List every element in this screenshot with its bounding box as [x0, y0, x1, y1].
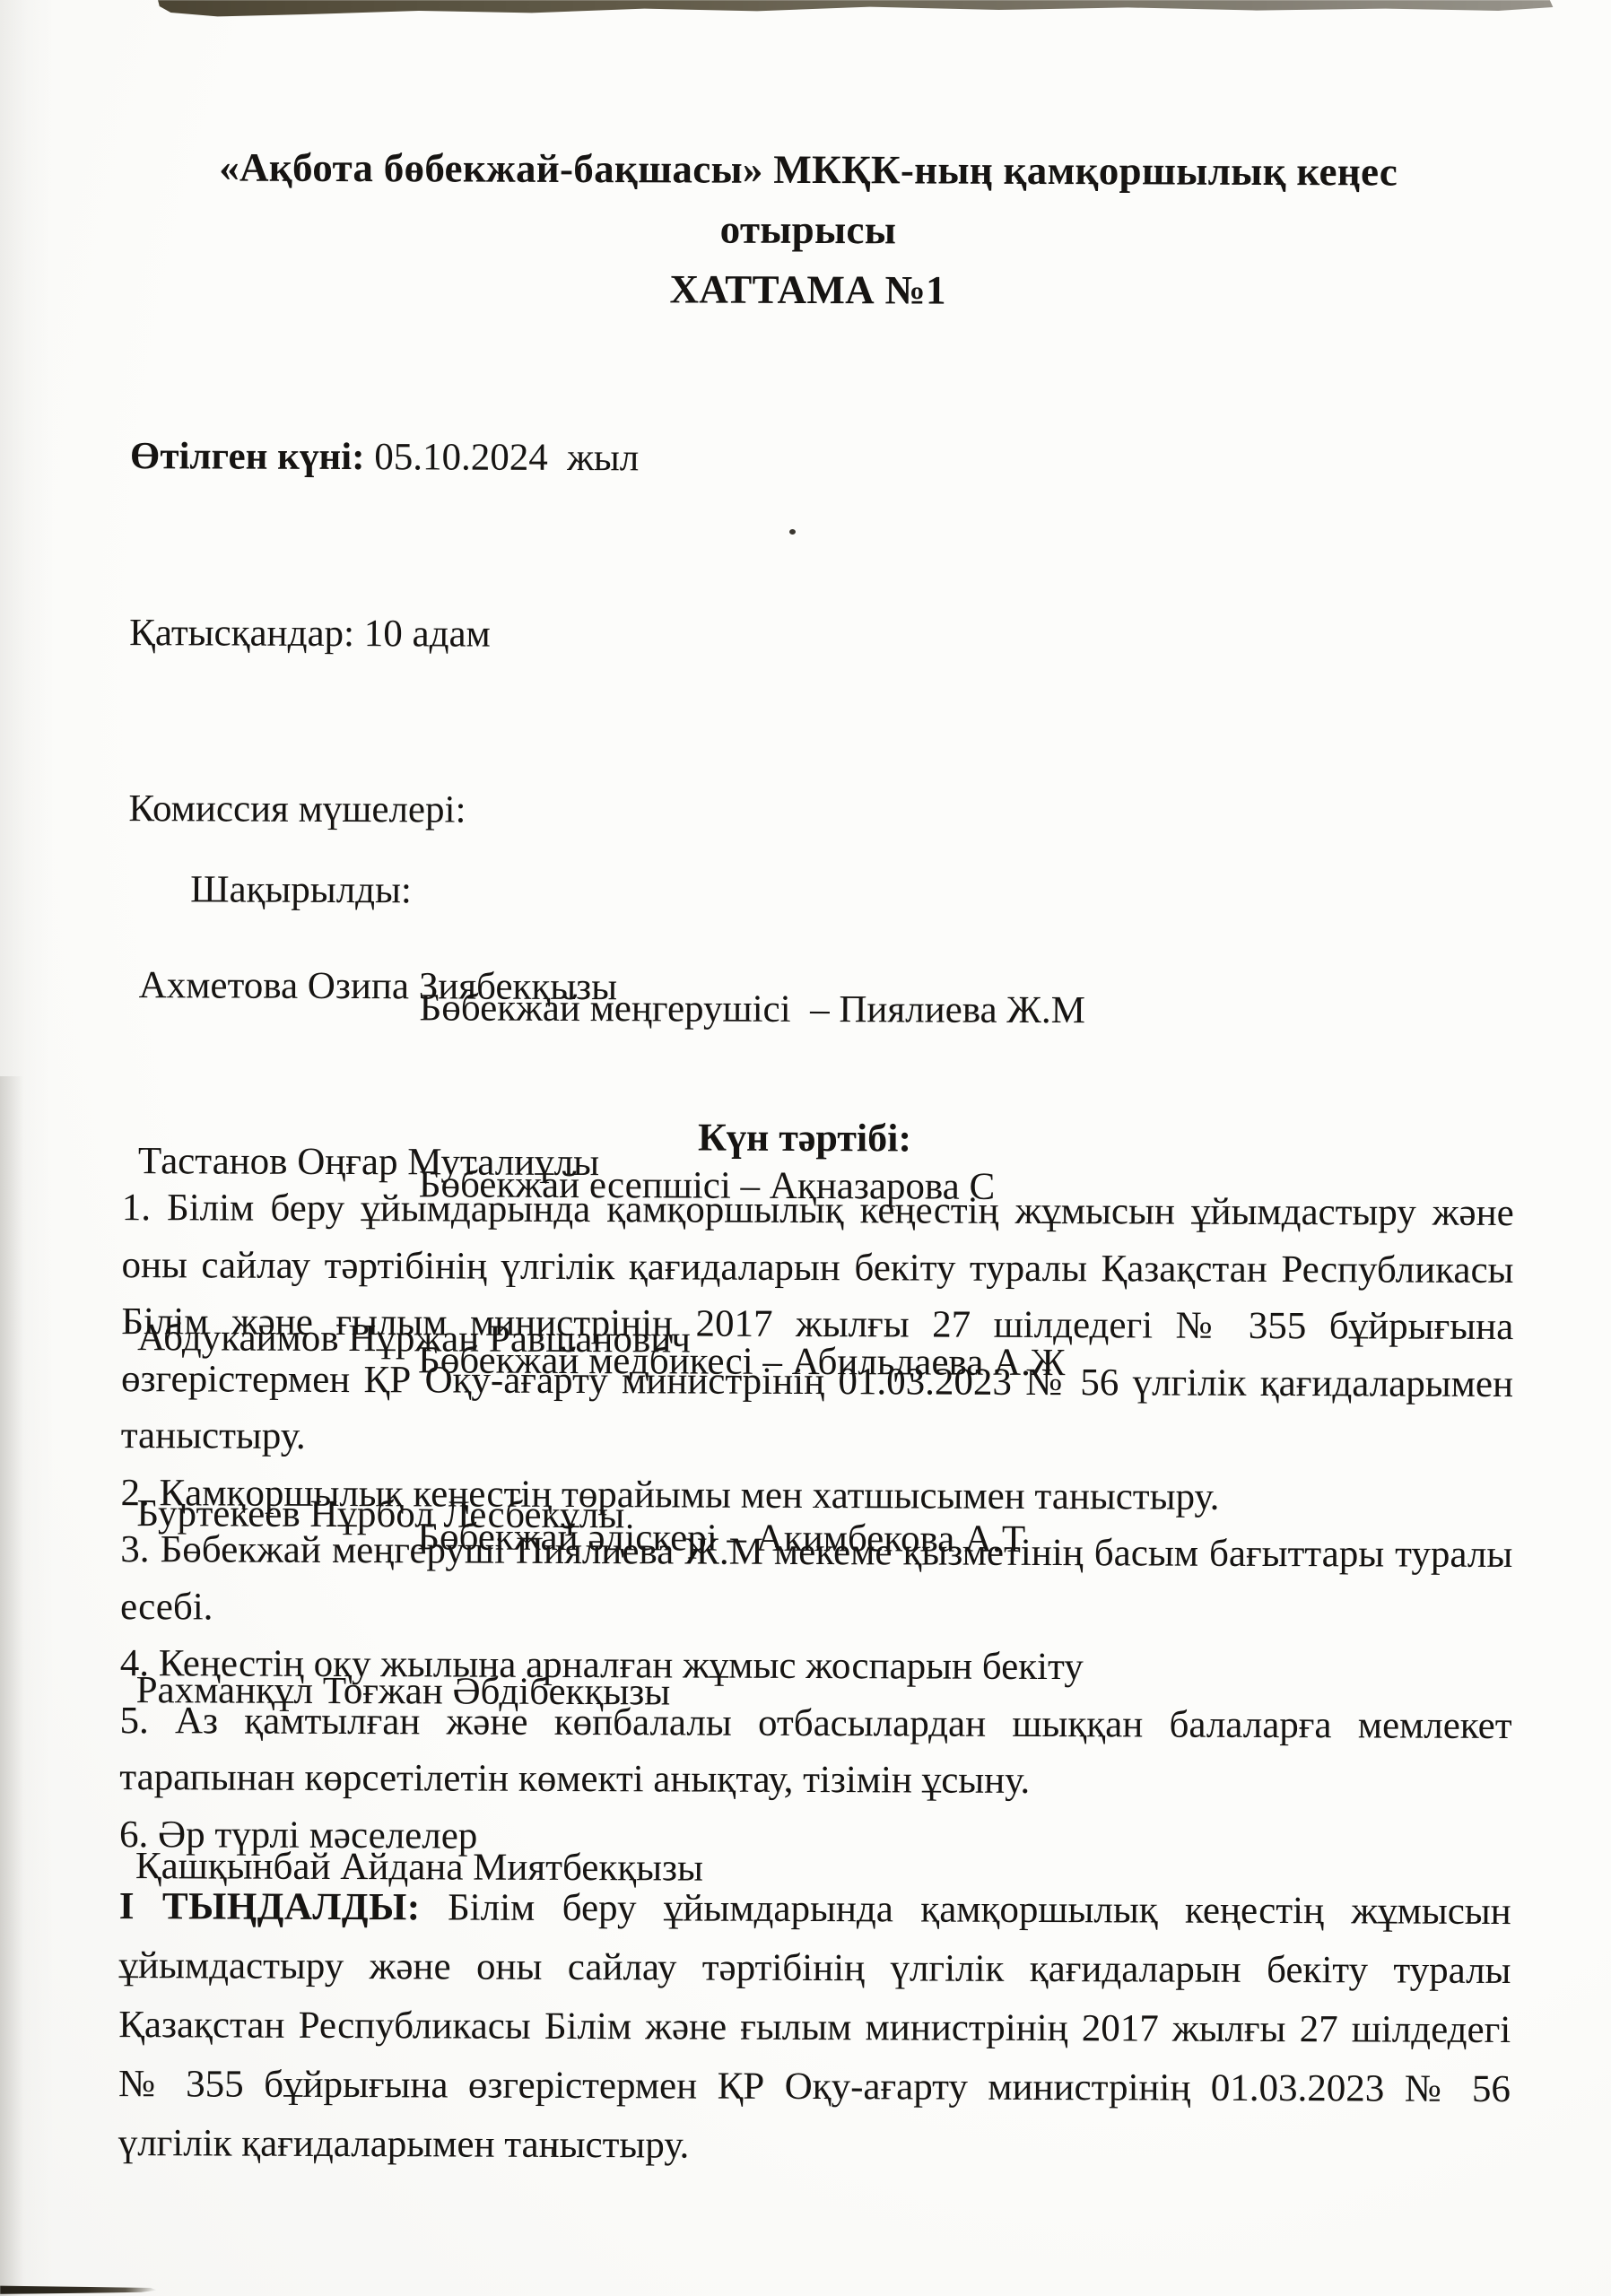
- agenda-item-1: 1. Білім беру ұйымдарында қамқоршылық ке…: [121, 1179, 1514, 1469]
- heard-label: І ТЫҢДАЛДЫ:: [119, 1885, 421, 1928]
- participants-line: Қатысқандар: 10 адам: [129, 604, 708, 665]
- agenda-item-5: 5. Аз қамтылған және көпбалалы отбасылар…: [119, 1692, 1511, 1812]
- meeting-date-line: Өтілген күні: 05.10.2024 жыл: [130, 427, 709, 488]
- agenda-item-6: 6. Әр түрлі мәселелер: [119, 1806, 1511, 1868]
- agenda-item-2: 2. Қамқоршылық кеңестің төрайымы мен хат…: [120, 1465, 1512, 1526]
- agenda-item-3: 3. Бөбекжай меңгеруші Пиялиева Ж.М мекем…: [120, 1521, 1512, 1640]
- document-content: «Ақбота бөбекжай-бақшасы» МКҚК-ның қамқо…: [0, 0, 1611, 2296]
- agenda-heading: Күн тәртібі:: [0, 1112, 1610, 1164]
- title-line-2: отырысы: [3, 197, 1611, 264]
- title-line-1: «Ақбота бөбекжай-бақшасы» МКҚК-ның қамқо…: [3, 137, 1611, 204]
- agenda-item-4: 4. Кеңестің оқу жылына арналған жұмыс жо…: [120, 1635, 1512, 1697]
- heard-paragraph: І ТЫҢДАЛДЫ: Білім беру ұйымдарында қамқо…: [118, 1877, 1511, 2179]
- invited-person: Бөбекжай меңгерушісі – Пиялиева Ж.М: [419, 978, 1085, 1039]
- meeting-date-label: Өтілген күні:: [130, 435, 365, 478]
- scanned-protocol-page: «Ақбота бөбекжай-бақшасы» МКҚК-ның қамқо…: [0, 0, 1611, 2296]
- document-title: «Ақбота бөбекжай-бақшасы» МКҚК-ның қамқо…: [3, 137, 1611, 324]
- heard-text: Білім беру ұйымдарында қамқоршылық кеңес…: [118, 1886, 1511, 2166]
- agenda-list: 1. Білім беру ұйымдарында қамқоршылық ке…: [119, 1179, 1514, 1868]
- commission-label: Комиссия мүшелері:: [128, 779, 707, 840]
- heard-section: І ТЫҢДАЛДЫ: Білім беру ұйымдарында қамқо…: [118, 1877, 1511, 2179]
- meeting-date-value: 05.10.2024 жыл: [364, 436, 639, 479]
